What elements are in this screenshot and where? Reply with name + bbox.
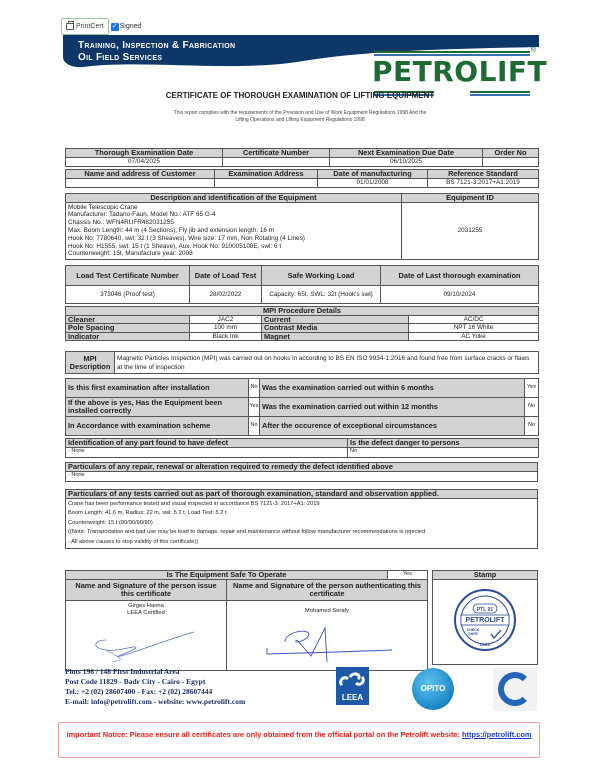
- print-cert-button[interactable]: PrintCert: [61, 18, 109, 35]
- mpi-value: NPT 16 White: [409, 324, 539, 333]
- defect-danger-value: No: [348, 447, 539, 457]
- compliance-line-1: This report complies with the requiremen…: [120, 110, 480, 117]
- test-line: Counterweight: 15 t (90/90/90/90): [68, 519, 535, 529]
- stamp-cell: PTL 01 PETROLIFT CHECK SAFE LEEA: [433, 579, 538, 664]
- stamp-brand: PETROLIFT: [433, 617, 537, 625]
- authenticator-signature-block: Mohamed Serafy: [227, 600, 428, 670]
- examination-questions-table: Is this first examination after installa…: [65, 378, 539, 436]
- question: In Accordance with examination scheme: [66, 417, 249, 436]
- header-next-due: Next Examination Due Date: [330, 149, 483, 158]
- defects-table: Identification of any part found to have…: [65, 438, 539, 458]
- signatures-table: Is The Equipment Safe To Operate Yes Nam…: [65, 570, 428, 671]
- header-exam-date: Thorough Examination Date: [66, 149, 223, 158]
- mpi-value: 100 mm: [190, 324, 262, 333]
- banner-line-2: Oil Field Services: [78, 52, 235, 64]
- mpi-value: AC/DC: [409, 315, 539, 324]
- next-due-value: 06/10/2025: [330, 157, 483, 166]
- reference-standard-value: BS 7121-3:2017+A1:2019: [428, 178, 539, 187]
- header-customer: Name and address of Customer: [66, 170, 215, 179]
- exam-address-value: [215, 178, 318, 187]
- chain-icon: [336, 667, 369, 691]
- iso-badge: [493, 667, 537, 711]
- desc-line: Chassis No.: WFN4RUFR482031255: [68, 219, 399, 227]
- stamp-table: Stamp PTL 01 PETROLIFT CHECK SAFE LEEA: [432, 570, 538, 665]
- stamp-check: CHECK SAFE: [463, 628, 483, 636]
- answer: No: [525, 398, 539, 417]
- banner-line-1: Training, Inspection & Fabrication: [78, 40, 235, 52]
- header-equipment-id: Equipment ID: [402, 194, 539, 203]
- mpi-label: Magnet: [262, 332, 409, 341]
- compliance-line-2: Lifting Operations and Lifting Equipment…: [120, 117, 480, 124]
- load-test-cert-value: 373046 (Proof test): [66, 286, 190, 304]
- header-mpi: MPI Procedure Details: [66, 307, 539, 316]
- signed-toggle[interactable]: ✓ Signed: [111, 23, 142, 31]
- header-authenticator: Name and Signature of the person authent…: [227, 579, 428, 600]
- company-address: Plots 196 / 148 First Industrial Area Po…: [65, 667, 245, 707]
- issuer-signature-icon: [66, 626, 226, 666]
- test-line: ((Note: Transportation and bad use may b…: [68, 528, 535, 538]
- signed-checkbox[interactable]: ✓: [111, 23, 119, 31]
- header-defect-identification: Identification of any part found to have…: [66, 439, 348, 448]
- mpi-label: Contrast Media: [262, 324, 409, 333]
- mpi-table: MPI Procedure Details Cleaner JAC2 Curre…: [65, 306, 539, 341]
- header-equipment-description: Description and identification of the Eq…: [66, 194, 402, 203]
- equipment-table: Description and identification of the Eq…: [65, 193, 539, 260]
- defect-identification-value: - None: [66, 447, 348, 457]
- leea-badge: LEEA: [336, 667, 369, 705]
- last-exam-value: 09/10/2024: [381, 286, 539, 304]
- tests-table: Particulars of any tests carried out as …: [65, 489, 538, 549]
- address-line: Post Code 11829 - Badr City - Cairo - Eg…: [65, 677, 245, 687]
- answer: No: [249, 417, 260, 436]
- question: Was the examination carried out within 6…: [260, 379, 525, 398]
- answer: No: [249, 379, 260, 398]
- load-test-table: Load Test Certificate Number Date of Loa…: [65, 265, 539, 304]
- compliance-statement: This report complies with the requiremen…: [120, 110, 480, 124]
- header-cert-number: Certificate Number: [223, 149, 330, 158]
- header-tests: Particulars of any tests carried out as …: [66, 490, 538, 499]
- printer-icon: [66, 23, 74, 30]
- header-exam-address: Examination Address: [215, 170, 318, 179]
- print-cert-label: PrintCert: [76, 23, 104, 30]
- issuer-name: Girges Hanna: [68, 603, 224, 611]
- header-reference-standard: Reference Standard: [428, 170, 539, 179]
- header-stamp: Stamp: [433, 571, 538, 580]
- mpi-description-value: Magnetic Particles Inspection (MPI) was …: [115, 352, 539, 374]
- mpi-description-label: MPI Description: [66, 352, 115, 374]
- important-notice: Important Notice: Please ensure all cert…: [58, 722, 540, 758]
- answer: Yes: [249, 398, 260, 417]
- repair-table: Particulars of any repair, renewal or al…: [65, 462, 538, 482]
- equipment-id-value: 2031255: [402, 202, 539, 260]
- test-line: Crane has been performance tested and vi…: [68, 500, 535, 510]
- registered-mark: ®: [531, 47, 536, 54]
- logo-wordmark: PETROLIFT: [372, 57, 532, 87]
- mpi-description-table: MPI Description Magnetic Particles Inspe…: [65, 351, 539, 374]
- notice-text: Important Notice: Please ensure all cert…: [67, 730, 462, 739]
- header-order-no: Order No: [483, 149, 539, 158]
- tests-details: Crane has been performance tested and vi…: [66, 498, 538, 549]
- question: Was the examination carried out within 1…: [260, 398, 525, 417]
- mpi-value: Black Ink: [190, 332, 262, 341]
- header-repair: Particulars of any repair, renewal or al…: [66, 463, 538, 472]
- petrolift-website-link[interactable]: https://petrolift.com: [462, 730, 531, 739]
- swl-value: Capacity: 65t, SWL: 32t (Hook's swl): [262, 286, 381, 304]
- question: After the occurence of exceptional circu…: [260, 417, 525, 436]
- desc-line: Counterweight: 15t, Manufacture year: 20…: [68, 250, 399, 258]
- iso-ring-icon: [498, 672, 532, 706]
- test-line: Boom Length: 41.6 m, Radius: 22 m, swl: …: [68, 509, 535, 519]
- address-line: Plots 196 / 148 First Industrial Area: [65, 667, 245, 677]
- issuer-signature-block: Girges Hanna LEEA Certified: [66, 600, 227, 670]
- authenticator-signature-icon: [227, 622, 427, 666]
- desc-line: Hook No: 7780640, swl: 32 t (3 Sheaves),…: [68, 235, 399, 243]
- mpi-value: JAC2: [190, 315, 262, 324]
- authenticator-name: Mohamed Serafy: [229, 608, 425, 616]
- address-line: Tel.: +2 (02) 28607400 - Fax: +2 (02) 28…: [65, 687, 245, 697]
- desc-line: Mobile Telescopic Crane: [68, 204, 399, 212]
- issuer-title: LEEA Certified: [68, 610, 224, 618]
- answer: No: [525, 417, 539, 436]
- safe-to-operate-answer: Yes: [388, 571, 428, 580]
- leea-label: LEEA: [336, 693, 369, 702]
- opito-badge: OPITO: [412, 668, 454, 710]
- toolbar: PrintCert ✓ Signed: [61, 18, 141, 35]
- cert-number-value: [223, 157, 330, 166]
- load-test-date-value: 28/02/2022: [190, 286, 262, 304]
- desc-line: Manufacturer: Tadano-Faun, Model No.: AT…: [68, 211, 399, 219]
- manufacture-date-value: 01/01/2008: [318, 178, 428, 187]
- address-line: E-mail: info@petrolift.com - website: ww…: [65, 697, 245, 707]
- desc-line: Max. Boom Length: 44 m (4 Sections), Fly…: [68, 227, 399, 235]
- repair-value: - None: [66, 471, 538, 481]
- customer-value: [66, 178, 215, 187]
- header-load-test-date: Date of Load Test: [190, 266, 262, 286]
- question: Is this first examination after installa…: [66, 379, 249, 398]
- logo-line: [374, 51, 530, 53]
- customer-table: Name and address of Customer Examination…: [65, 169, 539, 188]
- safe-to-operate-question: Is The Equipment Safe To Operate: [66, 571, 388, 580]
- header-defect-danger: Is the defect danger to persons: [348, 439, 539, 448]
- mpi-value: AC Yoke: [409, 332, 539, 341]
- desc-line: Hook No: H1555, swl: 15 t (1 Sheave), Au…: [68, 243, 399, 251]
- header-issuer: Name and Signature of the person issue t…: [66, 579, 227, 600]
- answer: Yes: [525, 379, 539, 398]
- header-load-test-cert: Load Test Certificate Number: [66, 266, 190, 286]
- question: If the above is yes, Has the Equipment b…: [66, 398, 249, 417]
- test-line: - All above causes to stop validity of t…: [68, 538, 535, 548]
- signed-label: Signed: [120, 23, 142, 30]
- exam-date-value: 07/04/2025: [66, 157, 223, 166]
- certificate-title: CERTIFICATE OF THOROUGH EXAMINATION OF L…: [0, 91, 600, 100]
- exam-dates-table: Thorough Examination Date Certificate Nu…: [65, 148, 539, 167]
- header-manufacture-date: Date of manufacturing: [318, 170, 428, 179]
- stamp-code: PTL 01: [433, 607, 537, 615]
- header-last-exam: Date of Last thorough examination: [381, 266, 539, 286]
- equipment-description: Mobile Telescopic Crane Manufacturer: Ta…: [66, 202, 402, 260]
- banner-text: Training, Inspection & Fabrication Oil F…: [78, 40, 235, 64]
- order-no-value: [483, 157, 539, 166]
- mpi-label: Pole Spacing: [66, 324, 190, 333]
- mpi-label: Indicator: [66, 332, 190, 341]
- stamp-org: LEEA: [433, 641, 537, 649]
- header-swl: Safe Working Load: [262, 266, 381, 286]
